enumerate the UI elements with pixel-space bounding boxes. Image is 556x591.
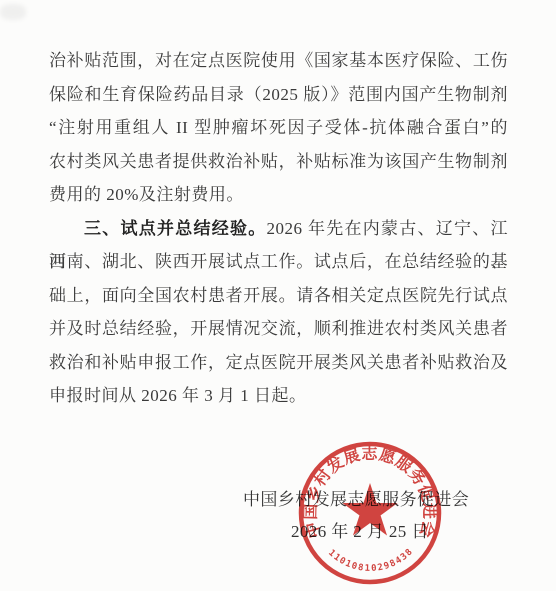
text-line: 费用的 20%及注射费用。 xyxy=(49,178,508,212)
seal-star-icon xyxy=(342,483,397,535)
text-line: 保险和生育保险药品目录（2025 版）》范围内国产生物制剂 xyxy=(49,78,508,112)
text-line: 治补贴范围，对在定点医院使用《国家基本医疗保险、工伤 xyxy=(49,44,508,78)
text-line: 救治和补贴申报工作，定点医院开展类风关患者补贴救治及 xyxy=(49,346,508,380)
official-seal-graphic: 中国乡村发展志愿服务促进会 11010810298438 xyxy=(297,440,443,586)
document-page: 治补贴范围，对在定点医院使用《国家基本医疗保险、工伤 保险和生育保险药品目录（2… xyxy=(0,0,556,591)
text-line: 农村类风关患者提供救治补贴，补贴标准为该国产生物制剂 xyxy=(49,145,508,179)
document-body: 治补贴范围，对在定点医院使用《国家基本医疗保险、工伤 保险和生育保险药品目录（2… xyxy=(49,44,508,413)
section-heading: 三、试点并总结经验。 xyxy=(84,219,267,238)
text-line: 河南、湖北、陕西开展试点工作。试点后，在总结经验的基 xyxy=(49,245,508,279)
text-line: “注射用重组人 II 型肿瘤坏死因子受体-抗体融合蛋白”的 xyxy=(49,111,508,145)
text-line: 并及时总结经验，开展情况交流，顺利推进农村类风关患者 xyxy=(49,312,508,346)
svg-text:11010810298438: 11010810298438 xyxy=(326,546,416,574)
seal-serial-number: 11010810298438 xyxy=(326,546,416,574)
scan-artifact xyxy=(0,4,26,20)
text-line-section-heading: 三、试点并总结经验。2026 年先在内蒙古、辽宁、江西、 xyxy=(49,212,508,246)
official-seal: 中国乡村发展志愿服务促进会 11010810298438 xyxy=(297,440,443,586)
text-line: 申报时间从 2026 年 3 月 1 日起。 xyxy=(49,379,508,413)
text-line: 础上，面向全国农村患者开展。请各相关定点医院先行试点 xyxy=(49,279,508,313)
